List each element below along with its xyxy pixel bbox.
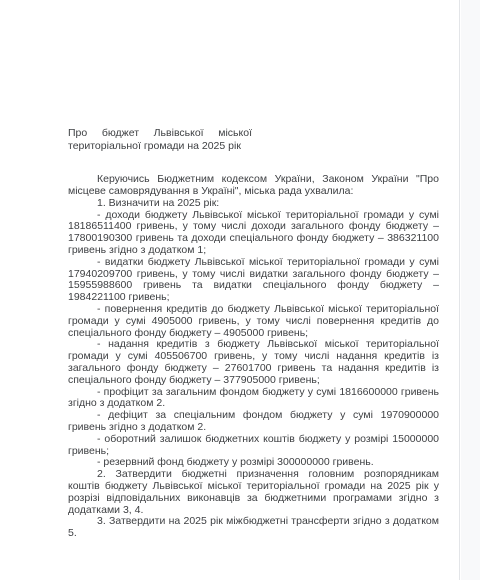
viewer-viewport: Про бюджет Львівської міської територіал… bbox=[0, 0, 480, 580]
document-content: Про бюджет Львівської міської територіал… bbox=[68, 127, 439, 540]
doc-paragraph-item-2: 2. Затвердити бюджетні призначення голов… bbox=[68, 469, 439, 516]
doc-paragraph-item-3: 3. Затвердити на 2025 рік міжбюджетні тр… bbox=[68, 516, 439, 540]
doc-paragraph-loans-granted: - надання кредитів з бюджету Львівської … bbox=[68, 339, 439, 386]
doc-paragraph-revenues: - доходи бюджету Львівської міської тери… bbox=[68, 210, 439, 257]
doc-paragraph-deficit: - дефіцит за спеціальним фондом бюджету … bbox=[68, 410, 439, 434]
doc-paragraph-loan-repayments: - повернення кредитів до бюджету Львівсь… bbox=[68, 304, 439, 339]
doc-paragraph-item-1: 1. Визначити на 2025 рік: bbox=[68, 198, 439, 210]
viewer-gutter bbox=[461, 0, 480, 580]
doc-paragraph-surplus: - профіцит за загальним фондом бюджету у… bbox=[68, 387, 439, 411]
document-page: Про бюджет Львівської міської територіал… bbox=[0, 0, 460, 580]
doc-paragraph-expenditures: - видатки бюджету Львівської міської тер… bbox=[68, 257, 439, 304]
doc-paragraph-preamble: Керуючись Бюджетним кодексом України, За… bbox=[68, 174, 439, 198]
document-title: Про бюджет Львівської міської територіал… bbox=[68, 127, 252, 152]
doc-paragraph-working-balance: - оборотний залишок бюджетних коштів бюд… bbox=[68, 434, 439, 458]
